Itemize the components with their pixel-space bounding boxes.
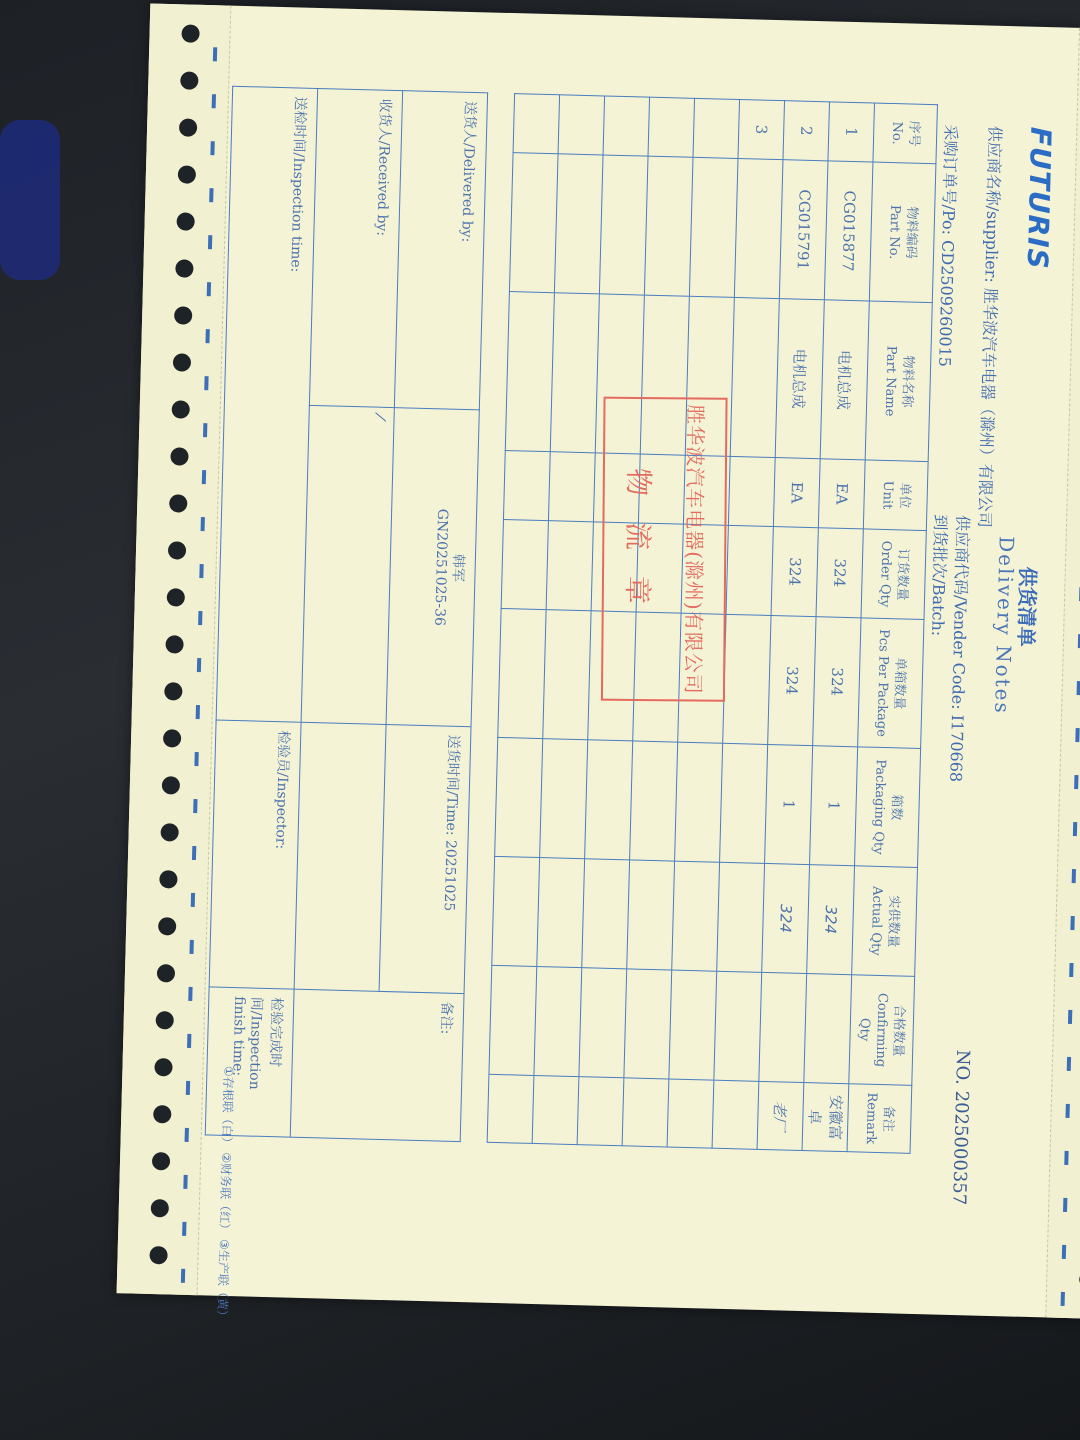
tractor-hole [157, 964, 175, 982]
cell-part-no [734, 158, 783, 298]
perforation-mark [198, 611, 202, 625]
header-part-no: 物料编码Part No. [869, 162, 936, 303]
cell-actual-qty: 324 [762, 863, 810, 973]
tractor-hole [165, 635, 183, 653]
perforation-mark [1065, 1104, 1069, 1118]
tractor-hole [170, 447, 188, 465]
cell-actual-qty: 324 [807, 865, 855, 975]
perforation-mark [1077, 681, 1080, 695]
tractor-hole [169, 494, 187, 512]
futuris-logo: FUTURIS [1021, 126, 1058, 270]
perforation-mark [181, 1269, 185, 1283]
perforation-mark [202, 470, 206, 484]
tractor-hole [175, 259, 193, 277]
perforation-mark [1069, 963, 1073, 977]
delivered-by-field: 韩军 GN20251025-36 [386, 408, 479, 727]
tractor-hole [149, 1246, 167, 1264]
tractor-hole [163, 729, 181, 747]
perforation-mark [207, 282, 211, 296]
cell-part-name: 电机总成 [775, 299, 824, 459]
perforation-mark [188, 987, 192, 1001]
cell-pcs-per-package: 324 [768, 616, 816, 746]
tractor-hole [171, 400, 189, 418]
tractor-hole [173, 353, 191, 371]
perforation-mark [186, 1081, 190, 1095]
header-actual-qty: 实供数量Actual Qty [852, 866, 918, 977]
tractor-hole [162, 776, 180, 794]
logistics-stamp: 胜华波汽车电器(滁州)有限公司 物流章 [601, 397, 728, 702]
tractor-hole [158, 917, 176, 935]
paper-wrap: FUTURIS 供货清单 Delivery Notes NO. 20250003… [20, 0, 1070, 1300]
cell-confirming-qty [714, 971, 762, 1081]
received-signature-2 [294, 722, 386, 991]
perforation-mark [203, 423, 207, 437]
cell-actual-qty [717, 862, 765, 972]
stamp-title: 物流章 [618, 399, 661, 699]
title-en: Delivery Notes [990, 536, 1019, 715]
vender-code-value: I170668 [946, 714, 967, 782]
cell-confirming-qty [804, 974, 852, 1084]
tractor-hole [180, 71, 198, 89]
inspection-time-label: 送检时间/Inspection time: [216, 86, 318, 722]
cell-part-name: 电机总成 [820, 300, 869, 460]
cell-packaging-qty [720, 743, 768, 863]
cell-packaging-qty: 1 [810, 746, 858, 866]
perforation-mark [189, 940, 193, 954]
po-label: 采购订单号/Po: [939, 124, 961, 235]
tractor-hole [156, 1011, 174, 1029]
inspector-label: 检验员/Inspector: [209, 720, 301, 989]
tractor-hole [174, 306, 192, 324]
delivery-time-field: 送货时间/Time: 20251025 [379, 724, 471, 993]
cell-no: 2 [783, 101, 830, 161]
batch-line: 到货批次/Batch: [927, 514, 953, 636]
cell-order-qty: 324 [816, 528, 863, 618]
cell-remark: 安徽富卓 [802, 1083, 849, 1152]
cell-no: 3 [738, 100, 785, 160]
tractor-hole [151, 1199, 169, 1217]
perforation-mark [199, 564, 203, 578]
header-packaging-qty: 箱数Packaging Qty [855, 747, 921, 868]
perforation-mark [187, 1034, 191, 1048]
cell-pcs-per-package [723, 614, 771, 744]
remark-field: 备注: [290, 989, 464, 1141]
cell-part-no: CG015877 [824, 161, 873, 301]
cell-no: 1 [828, 102, 875, 162]
perforation-mark [1072, 869, 1076, 883]
tractor-hole [154, 1058, 172, 1076]
tractor-hole [164, 682, 182, 700]
delivery-time-label: 送货时间/Time: [443, 735, 462, 836]
cell-part-no: CG015791 [779, 160, 828, 300]
supplier-value: 胜华波汽车电器（滁州）有限公司 [975, 288, 1000, 528]
signature-table: 送货人/Delivered by: 韩军 GN20251025-36 送货时间/… [205, 86, 488, 1142]
perforation-mark [183, 1175, 187, 1189]
tractor-hole [181, 24, 199, 42]
cell-unit [728, 456, 775, 526]
po-value: CD2509260015 [935, 240, 957, 367]
perforation-mark [191, 893, 195, 907]
tractor-hole [160, 823, 178, 841]
delivered-by-label: 送货人/Delivered by: [394, 91, 487, 410]
perforation-mark [208, 235, 212, 249]
perforation-mark [1067, 1057, 1071, 1071]
perforation-mark [212, 94, 216, 108]
cell-packaging-qty: 1 [765, 744, 813, 864]
perforation-mark [1075, 728, 1079, 742]
perforation-mark [213, 47, 217, 61]
perforation-mark [1074, 775, 1078, 789]
supplier-line: 供应商名称/supplier: 胜华波汽车电器（滁州）有限公司 [974, 125, 1008, 528]
header-part-name: 物料名称Part Name [865, 301, 932, 462]
cell-order-qty [726, 525, 773, 615]
supplier-label: 供应商名称/supplier: [981, 125, 1004, 283]
header-pcs-per-package: 单箱数量Pcs Per Package [858, 618, 924, 749]
perforation-mark [201, 517, 205, 531]
perforation-mark [182, 1222, 186, 1236]
perforation-mark [194, 752, 198, 766]
cell-unit: EA [818, 459, 865, 529]
cell-remark [712, 1080, 759, 1149]
perforation-mark [185, 1128, 189, 1142]
header-unit: 单位Unit [863, 460, 928, 531]
perforation-mark [204, 376, 208, 390]
header-order-qty: 订货数量Order Qty [861, 529, 926, 620]
received-by-signature: ⁄ [301, 405, 394, 724]
tractor-hole [179, 118, 197, 136]
perforation-mark [1068, 1010, 1072, 1024]
batch-label: 到货批次/Batch: [928, 514, 950, 636]
perforation-mark [1070, 916, 1074, 930]
perforation-mark [1063, 1198, 1067, 1212]
cell-pcs-per-package: 324 [813, 617, 861, 747]
perforation-mark [210, 141, 214, 155]
received-by-label: 收货人/Received by: [309, 88, 402, 407]
perforation-mark [193, 799, 197, 813]
header-remark: 备注Remark [847, 1084, 912, 1154]
po-line: 采购订单号/Po: CD2509260015 [934, 124, 963, 367]
perforation-mark [1061, 1292, 1065, 1306]
header-no: 序号No. [873, 103, 938, 164]
perforation-mark [209, 188, 213, 202]
perforation-mark [1073, 822, 1077, 836]
cell-part-name [730, 297, 779, 457]
tractor-hole [176, 212, 194, 230]
perforation-mark [205, 329, 209, 343]
perforation-mark [197, 658, 201, 672]
tractor-hole [152, 1152, 170, 1170]
stamp-company: 胜华波汽车电器(滁州)有限公司 [680, 399, 712, 699]
document-content: FUTURIS 供货清单 Delivery Notes NO. 20250003… [198, 66, 1078, 1258]
cell-order-qty: 324 [771, 527, 818, 617]
perforation-mark [1064, 1151, 1068, 1165]
tractor-hole [153, 1105, 171, 1123]
cell-unit: EA [773, 458, 820, 528]
tractor-hole [159, 870, 177, 888]
delivery-note-paper: FUTURIS 供货清单 Delivery Notes NO. 20250003… [117, 4, 1080, 1320]
remark-label: 备注: [437, 1001, 454, 1034]
document-number: NO. 2025000357 [948, 1049, 973, 1205]
tractor-hole [167, 588, 185, 606]
cell-remark: 老厂 [757, 1081, 804, 1150]
perforation-mark [192, 846, 196, 860]
perforation-mark [196, 705, 200, 719]
header-confirming-qty: 合格数量Confirming Qty [849, 975, 915, 1086]
cell-confirming-qty [759, 972, 807, 1082]
tractor-hole [178, 165, 196, 183]
tractor-hole [168, 541, 186, 559]
delivery-time-value: 20251025 [441, 840, 459, 912]
perforation-mark [1062, 1245, 1066, 1259]
